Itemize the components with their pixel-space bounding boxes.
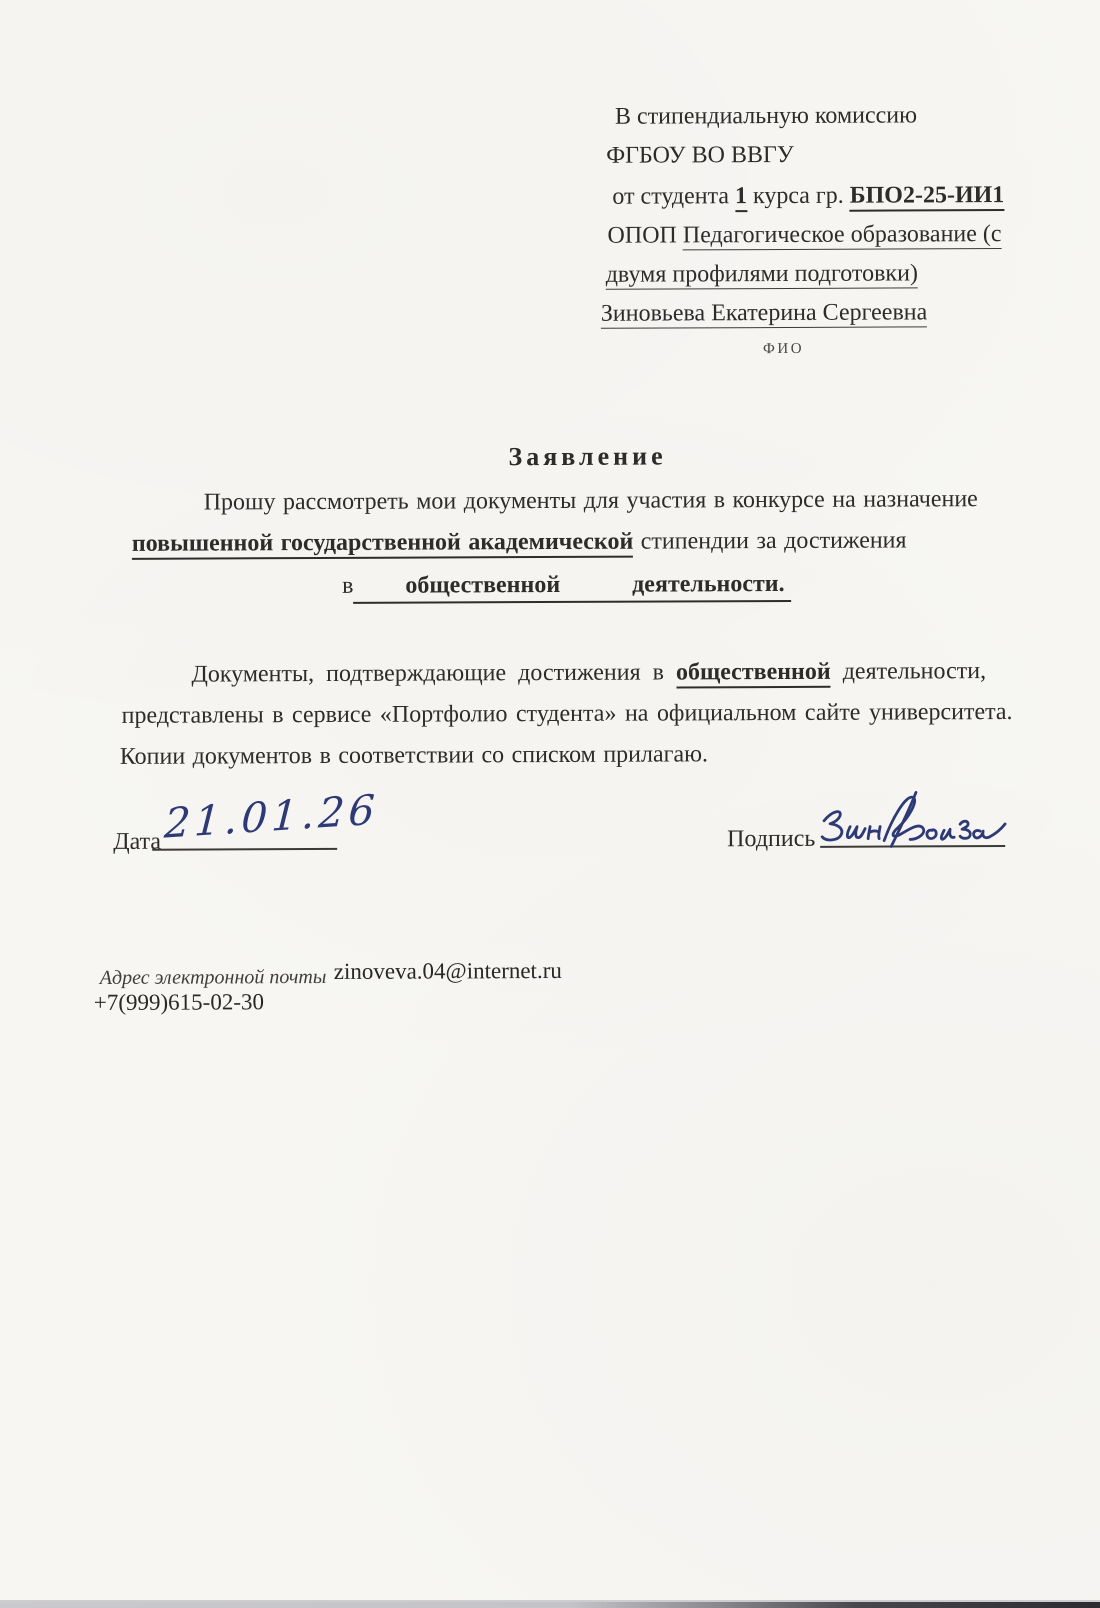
activity-filled-blank: общественнойдеятельности. [353,568,790,604]
from-student-text: от студента [612,183,729,210]
applicant-course-group-line: от студента 1 курса гр. БПО2-25-ИИ1 [612,179,1004,213]
handwritten-signature [812,784,1012,855]
university-abbreviation: ФГБОУ ВО ВВГУ [606,142,794,169]
course-group-text: курса гр. [753,183,844,209]
activity-type-value: общественной [405,572,560,599]
request-line-3: вобщественнойдеятельности. [342,568,791,604]
signature-label: Подпись [727,823,815,855]
phone-value: +7(999)615-02-30 [94,986,264,1019]
document-content: В стипендиальную комиссию ФГБОУ ВО ВВГУ … [0,0,1100,1608]
fio-caption: ФИО [763,341,804,357]
program-name-part2: двумя профилями подготовки) [606,260,918,289]
confirmation-line-1: Документы, подтверждающие достижения в о… [191,655,986,690]
recipient-university-line: ФГБОУ ВО ВВГУ [606,139,794,172]
course-number-value: 1 [735,183,747,212]
name-caption-line: ФИО [763,333,804,365]
opop-label: ОПОП [607,222,676,248]
activity-type-emphasis: общественной [676,659,831,689]
confirmation-line-3: Копии документов в соответствии со списк… [120,738,708,773]
confirmation-line-2: представлены в сервисе «Портфолио студен… [122,696,1013,732]
scan-edge-shadow [0,1602,1100,1608]
signature-strokes [822,792,1005,847]
handwritten-date: 21.01.26 [163,787,380,845]
recipient-commission-line: В стипендиальную комиссию [615,99,917,132]
recipient-text: В стипендиальную комиссию [615,102,917,129]
program-line-1: ОПОП Педагогическое образование (с [607,218,1001,252]
request-line-1: Прошу рассмотреть мои документы для учас… [204,483,978,518]
program-line-2: двумя профилями подготовки) [606,257,918,290]
activity-word: деятельности. [632,571,785,598]
activity-prefix: в [342,573,353,599]
request-line-2: повышенной государственной академической… [132,524,907,559]
group-code-value: БПО2-25-ИИ1 [850,182,1005,212]
applicant-full-name: Зиновьева Екатерина Сергеевна [601,299,928,328]
document-title: Заявление [508,440,666,473]
email-value: zinoveva.04@internet.ru [334,955,562,988]
applicant-name-line: Зиновьева Екатерина Сергеевна [601,296,928,329]
program-name-part1: Педагогическое образование (с [683,221,1002,250]
scanned-application-document: В стипендиальную комиссию ФГБОУ ВО ВВГУ … [0,0,1100,1608]
stipend-type-emphasis: повышенной государственной академической [132,529,634,560]
